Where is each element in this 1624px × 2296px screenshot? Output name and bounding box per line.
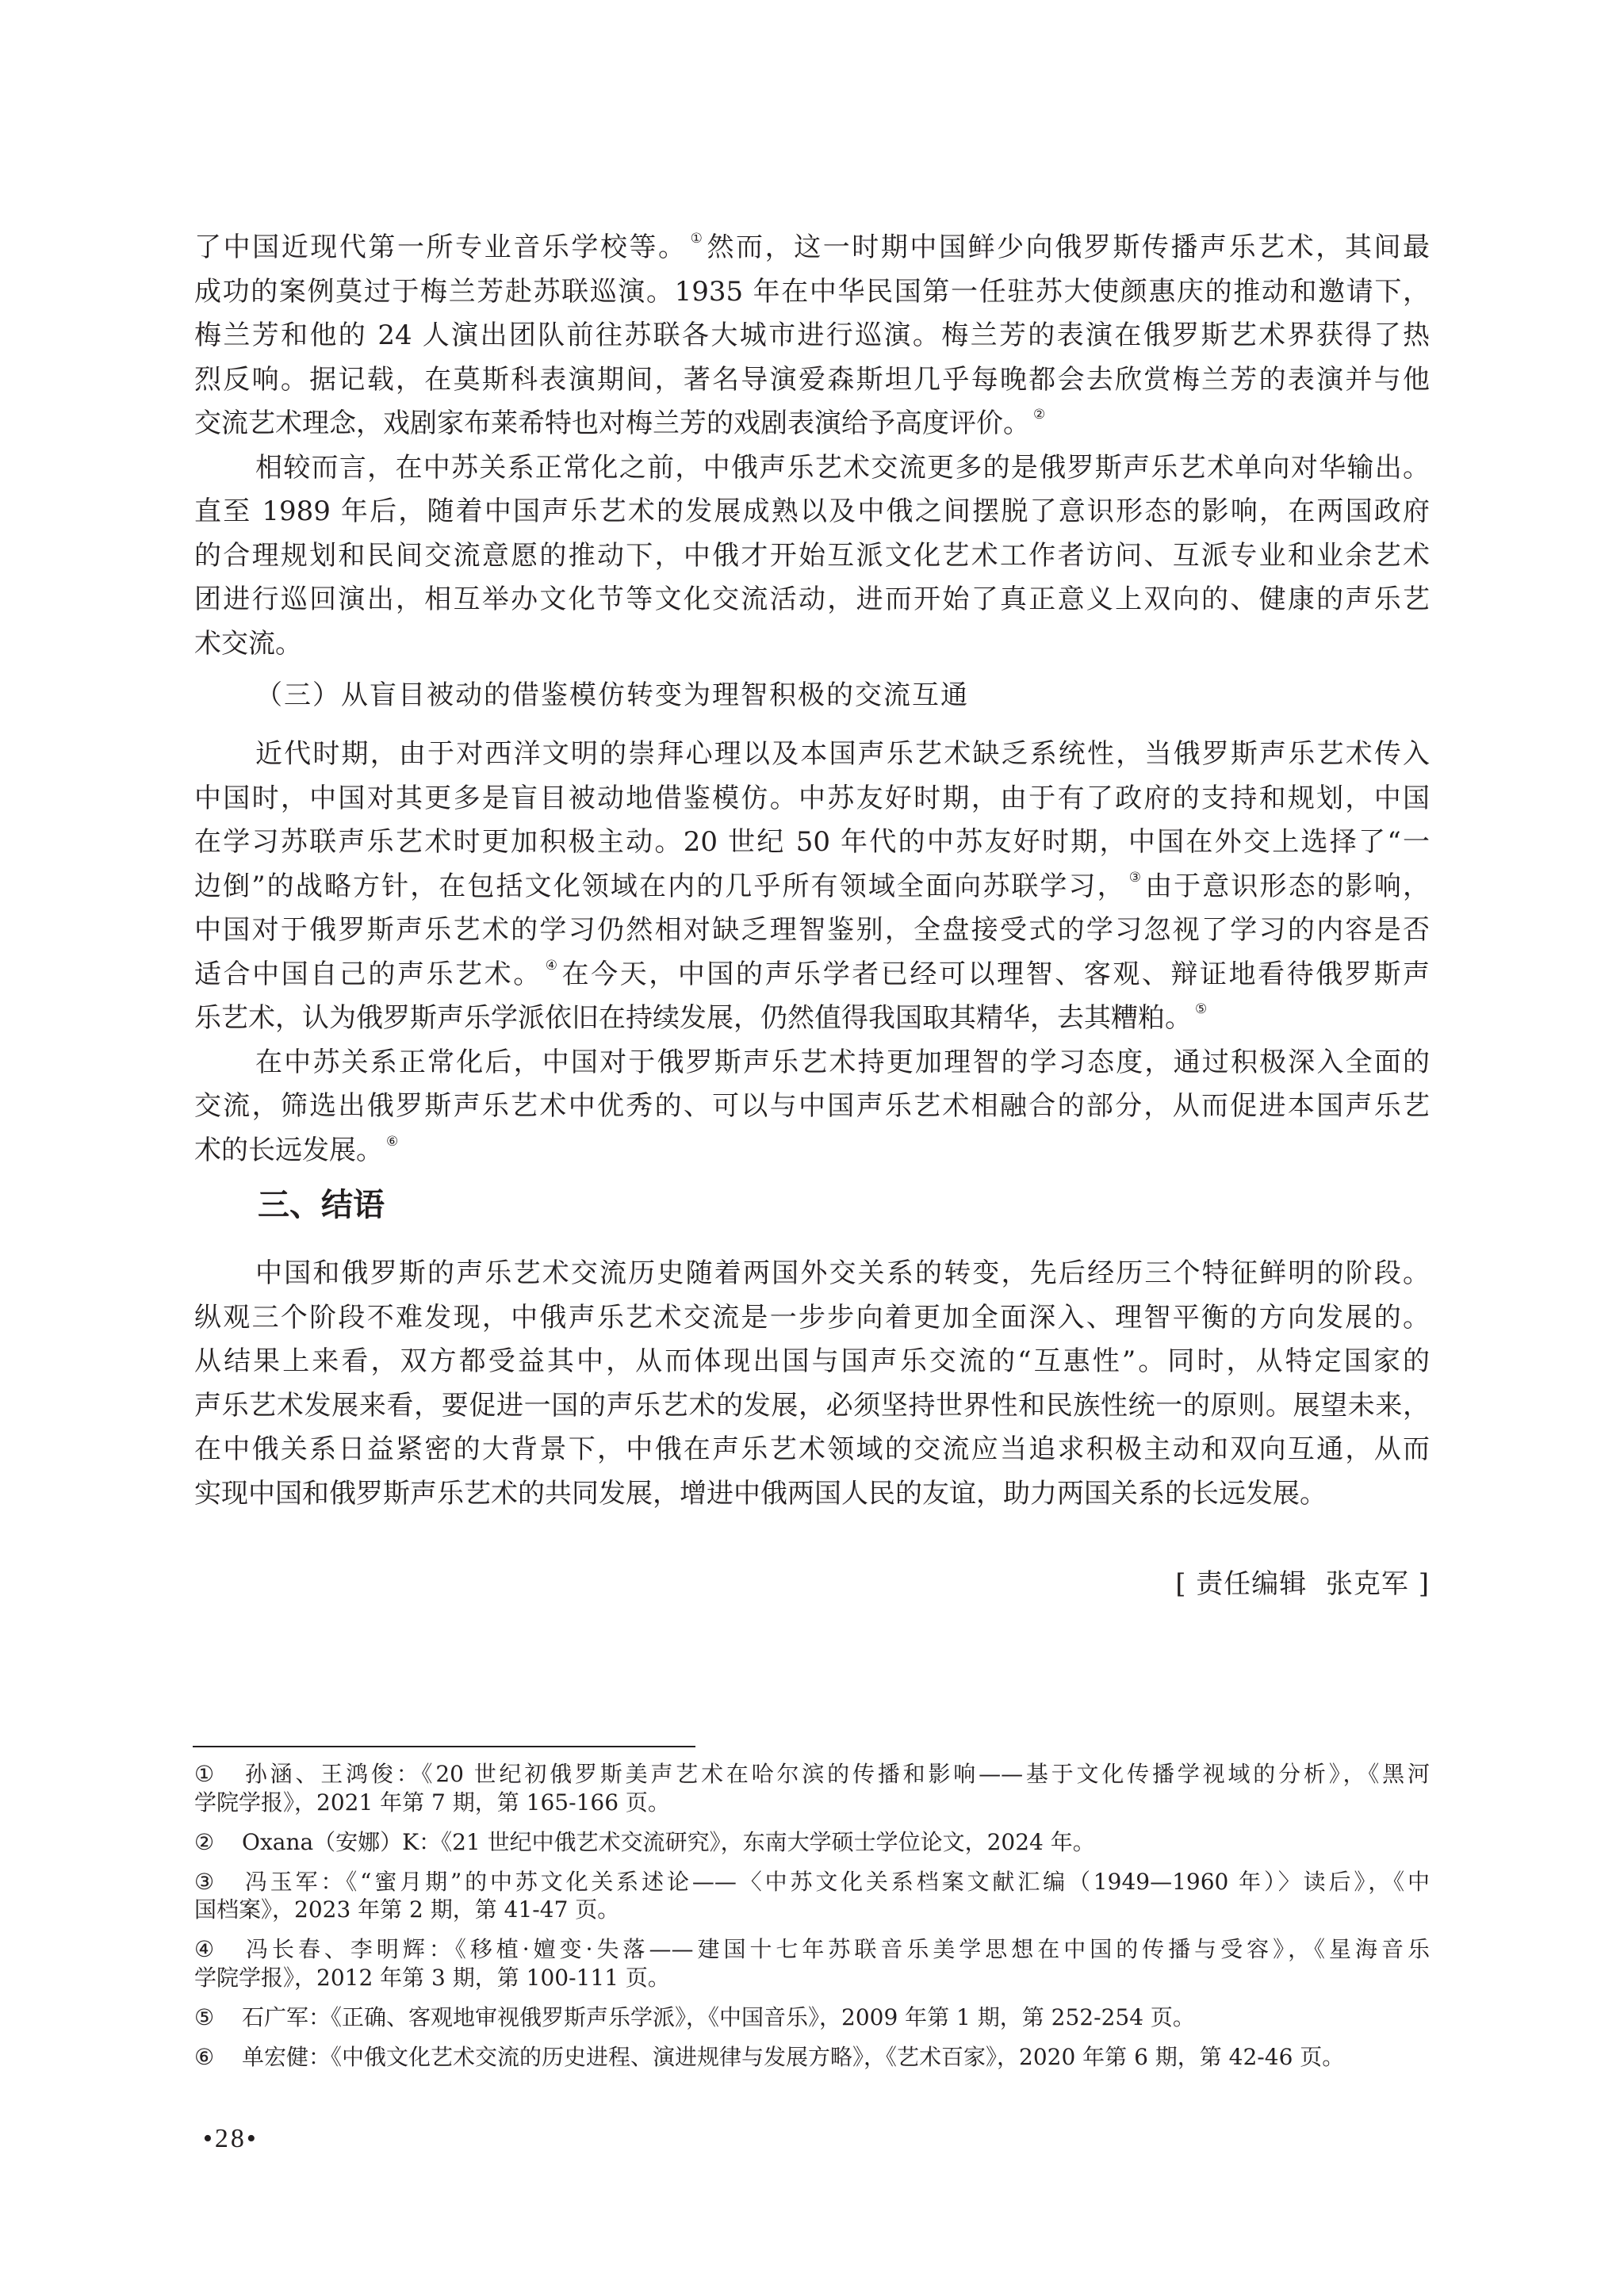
footnote-text: 冯长春、李明辉：《移植·嬗变·失落——建国十七年苏联音乐美学思想在中国的传播与受… xyxy=(242,1936,1430,1962)
footnote-marker: ⑤ xyxy=(194,2003,242,2032)
paragraph-4: 在中苏关系正常化后，中国对于俄罗斯声乐艺术持更加理智的学习态度，通过积极深入全面… xyxy=(194,1041,1430,1173)
footnote-separator xyxy=(193,1746,695,1747)
footnote-text: 单宏健：《中俄文化艺术交流的历史进程、演进规律与发展方略》，《艺术百家》，202… xyxy=(242,2044,1344,2070)
footnote-text: 冯玉军：《“蜜月期”的中苏文化关系述论——〈中苏文化关系档案文献汇编（1949—… xyxy=(242,1869,1430,1895)
footnote-ref-2: ② xyxy=(1033,407,1045,423)
text-line: 实现中国和俄罗斯声乐艺术的共同发展，增进中俄两国人民的友谊，助力两国关系的长远发… xyxy=(194,1472,1430,1517)
text-line: 在中苏关系正常化后，中国对于俄罗斯声乐艺术持更加理智的学习态度，通过积极深入全面… xyxy=(194,1041,1430,1085)
footnote-line: ⑥单宏健：《中俄文化艺术交流的历史进程、演进规律与发展方略》，《艺术百家》，20… xyxy=(194,2043,1430,2072)
text-line: 乐艺术，认为俄罗斯声乐学派依旧在持续发展，仍然值得我国取其精华，去其糟粕。⑤ xyxy=(194,997,1430,1041)
footnote-ref-3: ③ xyxy=(1129,870,1143,886)
footnote-text: Oxana（安娜）K：《21 世纪中俄艺术交流研究》，东南大学硕士学位论文，20… xyxy=(242,1829,1095,1855)
line-text: 边倒”的战略方针，在包括文化领域在内的几乎所有领域全面向苏联学习， xyxy=(194,871,1126,902)
text-line: 梅兰芳和他的 24 人演出团队前往苏联各大城市进行巡演。梅兰芳的表演在俄罗斯艺术… xyxy=(194,314,1430,358)
footnote-marker: ④ xyxy=(194,1935,242,1964)
footnote-text: 石广军：《正确、客观地审视俄罗斯声乐学派》，《中国音乐》，2009 年第 1 期… xyxy=(242,2004,1195,2030)
paragraph-1: 了中国近现代第一所专业音乐学校等。①然而，这一时期中国鲜少向俄罗斯传播声乐艺术，… xyxy=(194,226,1430,446)
text-line: 术的长远发展。⑥ xyxy=(194,1129,1430,1173)
footnote-line: ④冯长春、李明辉：《移植·嬗变·失落——建国十七年苏联音乐美学思想在中国的传播与… xyxy=(194,1935,1430,1964)
footnote-line: ⑤石广军：《正确、客观地审视俄罗斯声乐学派》，《中国音乐》，2009 年第 1 … xyxy=(194,2003,1430,2032)
line-text: 然而，这一时期中国鲜少向俄罗斯传播声乐艺术，其间最 xyxy=(707,232,1430,263)
text-line: 纵观三个阶段不难发现，中俄声乐艺术交流是一步步向着更加全面深入、理智平衡的方向发… xyxy=(194,1296,1430,1341)
subsection-heading: （三）从盲目被动的借鉴模仿转变为理智积极的交流互通 xyxy=(194,674,1491,718)
footnote-line: ③冯玉军：《“蜜月期”的中苏文化关系述论——〈中苏文化关系档案文献汇编（1949… xyxy=(194,1868,1430,1896)
footnote-4: ④冯长春、李明辉：《移植·嬗变·失落——建国十七年苏联音乐美学思想在中国的传播与… xyxy=(194,1935,1430,1992)
footnote-ref-6: ⑥ xyxy=(386,1134,398,1150)
footnote-ref-5: ⑤ xyxy=(1195,1001,1207,1017)
footnote-line: 学院学报》，2012 年第 3 期，第 100-111 页。 xyxy=(194,1964,1430,1992)
text-line: 从结果上来看，双方都受益其中，从而体现出国与国声乐交流的“互惠性”。同时，从特定… xyxy=(194,1340,1430,1384)
line-text: 在今天，中国的声乐学者已经可以理智、客观、辩证地看待俄罗斯声 xyxy=(562,959,1430,990)
footnote-marker: ② xyxy=(194,1828,242,1857)
paragraph-conclusion: 中国和俄罗斯的声乐艺术交流历史随着两国外交关系的转变，先后经历三个特征鲜明的阶段… xyxy=(194,1252,1430,1516)
text-line: 在学习苏联声乐艺术时更加积极主动。20 世纪 50 年代的中苏友好时期，中国在外… xyxy=(194,821,1430,865)
footnote-line: ①孙涵、王鸿俊：《20 世纪初俄罗斯美声艺术在哈尔滨的传播和影响——基于文化传播… xyxy=(194,1760,1430,1789)
paragraph-3: 近代时期，由于对西洋文明的崇拜心理以及本国声乐艺术缺乏系统性，当俄罗斯声乐艺术传… xyxy=(194,733,1430,1041)
footnote-1: ①孙涵、王鸿俊：《20 世纪初俄罗斯美声艺术在哈尔滨的传播和影响——基于文化传播… xyxy=(194,1760,1430,1816)
footnote-marker: ⑥ xyxy=(194,2043,242,2072)
footnote-text: 孙涵、王鸿俊：《20 世纪初俄罗斯美声艺术在哈尔滨的传播和影响——基于文化传播学… xyxy=(242,1761,1430,1787)
text-line: 烈反响。据记载，在莫斯科表演期间，著名导演爱森斯坦几乎每晚都会去欣赏梅兰芳的表演… xyxy=(194,358,1430,403)
footnote-marker: ③ xyxy=(194,1868,242,1896)
text-line: 中国时，中国对其更多是盲目被动地借鉴模仿。中苏友好时期，由于有了政府的支持和规划… xyxy=(194,777,1430,821)
footnotes: ①孙涵、王鸿俊：《20 世纪初俄罗斯美声艺术在哈尔滨的传播和影响——基于文化传播… xyxy=(194,1760,1430,2071)
line-text: 交流艺术理念，戏剧家布莱希特也对梅兰芳的戏剧表演给予高度评价。 xyxy=(194,408,1030,439)
footnote-line: 国档案》，2023 年第 2 期，第 41-47 页。 xyxy=(194,1896,1430,1924)
text-line: 边倒”的战略方针，在包括文化领域在内的几乎所有领域全面向苏联学习，③由于意识形态… xyxy=(194,865,1430,909)
text-line: 在中俄关系日益紧密的大背景下，中俄在声乐艺术领域的交流应当追求积极主动和双向互通… xyxy=(194,1428,1430,1472)
text-line: 中国和俄罗斯的声乐艺术交流历史随着两国外交关系的转变，先后经历三个特征鲜明的阶段… xyxy=(194,1252,1430,1296)
footnote-6: ⑥单宏健：《中俄文化艺术交流的历史进程、演进规律与发展方略》，《艺术百家》，20… xyxy=(194,2043,1430,2072)
footnote-ref-4: ④ xyxy=(546,958,560,974)
responsible-editor-note: [ 责任编辑 张克军 ] xyxy=(194,1562,1430,1606)
footnote-3: ③冯玉军：《“蜜月期”的中苏文化关系述论——〈中苏文化关系档案文献汇编（1949… xyxy=(194,1868,1430,1924)
document-page: 了中国近现代第一所专业音乐学校等。①然而，这一时期中国鲜少向俄罗斯传播声乐艺术，… xyxy=(0,0,1624,2296)
footnote-ref-1: ① xyxy=(691,231,705,247)
text-line: 术交流。 xyxy=(194,622,1430,667)
footnote-5: ⑤石广军：《正确、客观地审视俄罗斯声乐学派》，《中国音乐》，2009 年第 1 … xyxy=(194,2003,1430,2032)
text-line: 的合理规划和民间交流意愿的推动下，中俄才开始互派文化艺术工作者访问、互派专业和业… xyxy=(194,534,1430,579)
footnote-marker: ① xyxy=(194,1760,242,1789)
page-number: •28• xyxy=(203,2121,259,2157)
section-heading-conclusion: 三、结语 xyxy=(194,1183,1493,1227)
footnote-line: 学院学报》，2021 年第 7 期，第 165-166 页。 xyxy=(194,1789,1430,1817)
footnote-2: ②Oxana（安娜）K：《21 世纪中俄艺术交流研究》，东南大学硕士学位论文，2… xyxy=(194,1828,1430,1857)
text-line: 适合中国自己的声乐艺术。④在今天，中国的声乐学者已经可以理智、客观、辩证地看待俄… xyxy=(194,953,1430,997)
text-line: 交流，筛选出俄罗斯声乐艺术中优秀的、可以与中国声乐艺术相融合的部分，从而促进本国… xyxy=(194,1085,1430,1129)
text-line: 声乐艺术发展来看，要促进一国的声乐艺术的发展，必须坚持世界性和民族性统一的原则。… xyxy=(194,1384,1430,1429)
line-text: 了中国近现代第一所专业音乐学校等。 xyxy=(194,232,688,263)
line-text: 术的长远发展。 xyxy=(194,1135,383,1166)
text-line: 中国对于俄罗斯声乐艺术的学习仍然相对缺乏理智鉴别，全盘接受式的学习忽视了学习的内… xyxy=(194,909,1430,953)
paragraph-2: 相较而言，在中苏关系正常化之前，中俄声乐艺术交流更多的是俄罗斯声乐艺术单向对华输… xyxy=(194,446,1430,667)
text-line: 近代时期，由于对西洋文明的崇拜心理以及本国声乐艺术缺乏系统性，当俄罗斯声乐艺术传… xyxy=(194,733,1430,777)
line-text: 适合中国自己的声乐艺术。 xyxy=(194,959,542,990)
footnote-line: ②Oxana（安娜）K：《21 世纪中俄艺术交流研究》，东南大学硕士学位论文，2… xyxy=(194,1828,1430,1857)
text-line: 了中国近现代第一所专业音乐学校等。①然而，这一时期中国鲜少向俄罗斯传播声乐艺术，… xyxy=(194,226,1430,270)
line-text: 由于意识形态的影响， xyxy=(1145,871,1430,902)
text-line: 相较而言，在中苏关系正常化之前，中俄声乐艺术交流更多的是俄罗斯声乐艺术单向对华输… xyxy=(194,446,1430,491)
text-line: 交流艺术理念，戏剧家布莱希特也对梅兰芳的戏剧表演给予高度评价。② xyxy=(194,402,1430,446)
line-text: 乐艺术，认为俄罗斯声乐学派依旧在持续发展，仍然值得我国取其精华，去其糟粕。 xyxy=(194,1002,1192,1034)
text-line: 成功的案例莫过于梅兰芳赴苏联巡演。1935 年在中华民国第一任驻苏大使颜惠庆的推… xyxy=(194,270,1430,315)
text-line: 团进行巡回演出，相互举办文化节等文化交流活动，进而开始了真正意义上双向的、健康的… xyxy=(194,578,1430,622)
text-line: 直至 1989 年后，随着中国声乐艺术的发展成熟以及中俄之间摆脱了意识形态的影响… xyxy=(194,490,1430,534)
